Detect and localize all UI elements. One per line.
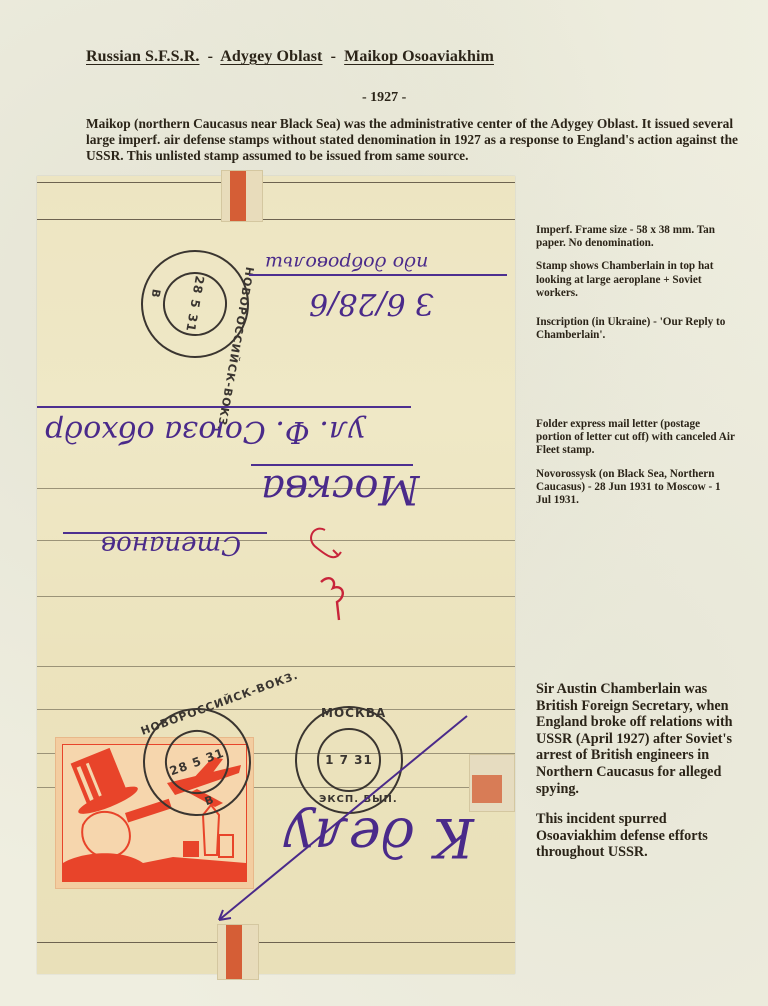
folder-letter-cover: 28 5 31 НОВОРОССИЙСК-ВОКЗ. В пдо доброво…: [37, 176, 515, 974]
tape-seal-top: [221, 170, 263, 222]
ruled-line: [37, 596, 515, 597]
red-pencil-mark: [303, 522, 363, 632]
intro-paragraph: Maikop (northern Caucasus near Black Sea…: [86, 116, 746, 164]
note-route-dates: Novorossysk (on Black Sea, Northern Cauc…: [536, 468, 736, 508]
handwriting-recipient: Степанов: [101, 530, 241, 560]
ruled-line: [37, 182, 515, 183]
note-folder-letter: Folder express mail letter (postage port…: [536, 418, 736, 458]
note-inscription: Inscription (in Ukraine) - 'Our Reply to…: [536, 316, 736, 342]
page-title: Russian S.F.S.R. - Adygey Oblast - Maiko…: [86, 48, 494, 66]
handwriting-reference: З 6/28/6: [309, 286, 434, 321]
handwriting-bottom-note: К делу: [283, 806, 474, 869]
title-separator: -: [331, 48, 336, 65]
underline-stroke: [37, 406, 411, 408]
year-heading: - 1927 -: [362, 90, 406, 106]
postmark-letter: В: [148, 288, 162, 300]
stamp-description: Imperf. Frame size - 58 x 38 mm. Tan pap…: [536, 224, 736, 352]
title-separator: -: [208, 48, 213, 65]
note-chamberlain: Sir Austin Chamberlain was British Forei…: [536, 681, 746, 797]
historical-note: Sir Austin Chamberlain was British Forei…: [536, 681, 746, 871]
title-issue: Maikop Osoaviakhim: [344, 48, 494, 65]
title-country: Russian S.F.S.R.: [86, 48, 200, 65]
postmark-date: 28 5 31: [183, 275, 207, 334]
note-osoaviakhim: This incident spurred Osoaviakhim defens…: [536, 811, 746, 861]
handwriting-top-line: пдо добровольш: [265, 252, 428, 274]
note-stamp-design: Stamp shows Chamberlain in top hat looki…: [536, 260, 736, 300]
ruled-line: [37, 219, 515, 220]
handwriting-address-line2: ул. Ф. Союза обходр: [45, 414, 365, 449]
postmark-novorossiysk: 28 5 31 НОВОРОССИЙСК-ВОКЗ. В: [132, 241, 257, 366]
ruled-line: [37, 666, 515, 667]
underline-stroke: [249, 274, 507, 276]
note-frame-size: Imperf. Frame size - 58 x 38 mm. Tan pap…: [536, 224, 736, 250]
ruled-line: [37, 942, 515, 943]
handwriting-address-line1: Москва: [261, 466, 419, 512]
title-region: Adygey Oblast: [220, 48, 322, 65]
cover-description: Folder express mail letter (postage port…: [536, 418, 736, 517]
